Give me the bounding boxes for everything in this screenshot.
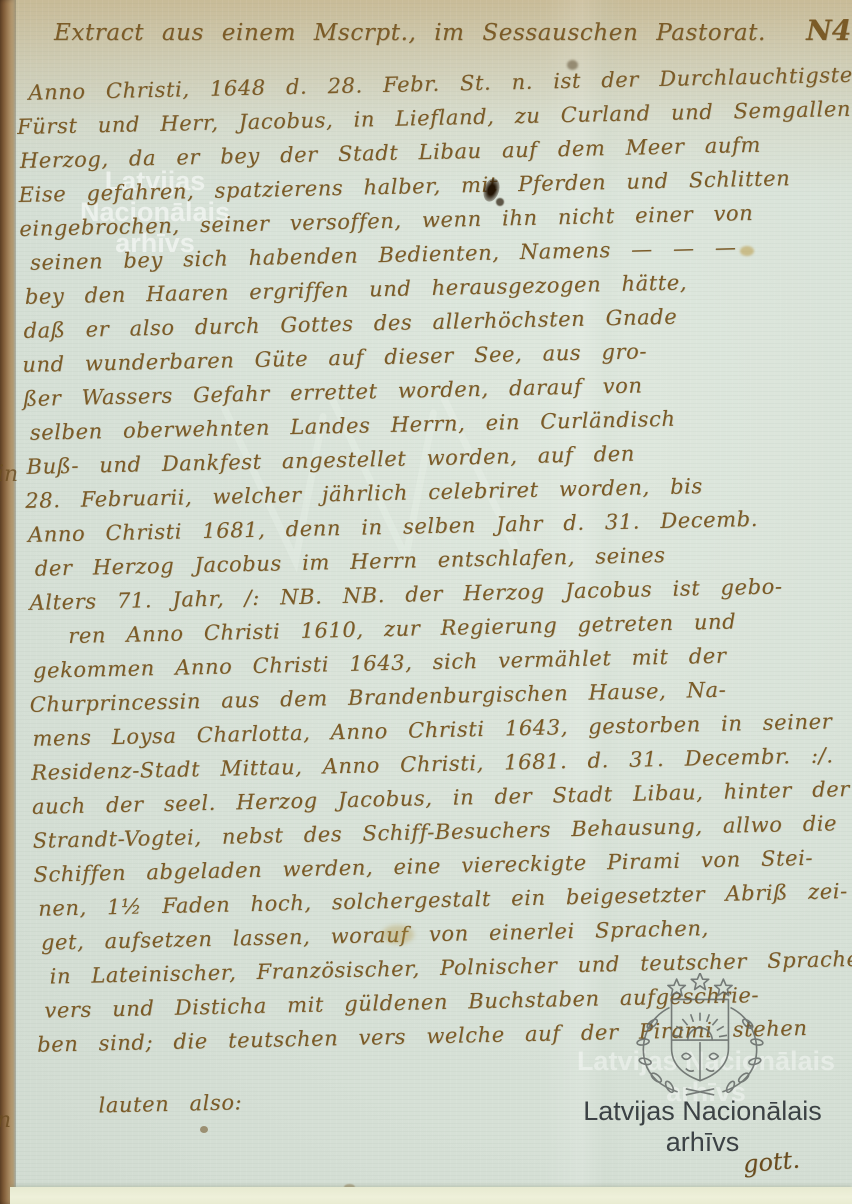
title-word: Mscrpt., xyxy=(314,20,417,46)
binding-edge xyxy=(0,0,16,1204)
title-word: einem xyxy=(222,20,296,46)
title-word: im xyxy=(434,20,464,46)
manuscript-body: Anno Christi, 1648 d. 28. Febr. St. n. i… xyxy=(16,58,852,1124)
title-word: Extract xyxy=(54,20,144,46)
title-word: Sessauschen xyxy=(482,20,638,46)
edge-fragment: n xyxy=(0,1108,11,1133)
archive-label-line1: Latvijas Nacionālais xyxy=(575,1096,830,1127)
manuscript-page: Latvijas Nacionālais arhīvs Extractausei… xyxy=(0,0,852,1204)
archive-logo-icon xyxy=(630,973,770,1101)
paper-stain xyxy=(200,1126,208,1133)
title-line: ExtractauseinemMscrpt.,imSessauschenPast… xyxy=(54,20,766,46)
next-page-edge xyxy=(10,1187,852,1204)
title-word: aus xyxy=(162,20,204,46)
title-word: Pastorat. xyxy=(656,20,766,46)
catchword: gott. xyxy=(742,1146,801,1179)
edge-fragment: in xyxy=(0,462,18,487)
page-number: N4. xyxy=(806,14,852,47)
